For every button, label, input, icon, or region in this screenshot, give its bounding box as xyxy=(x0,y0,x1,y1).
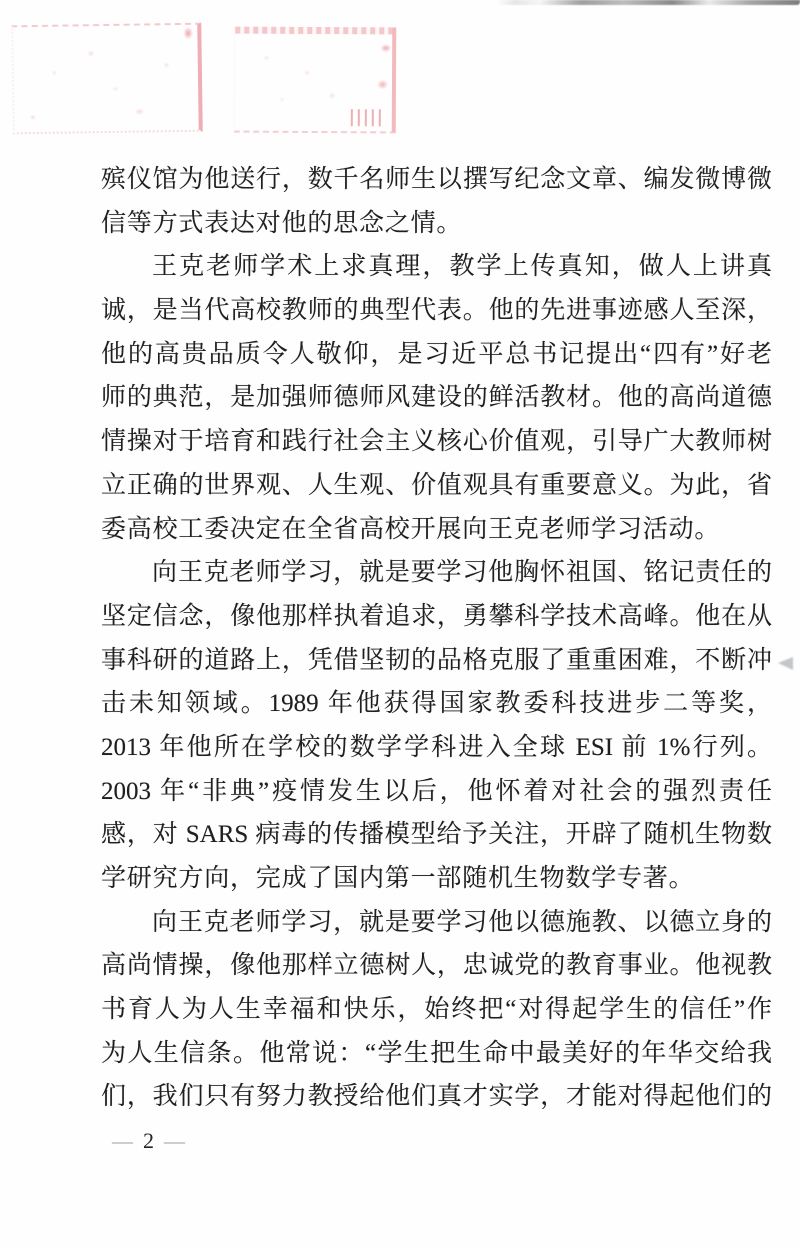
text-line: 们，我们只有努力教授给他们真才实学，才能对得起他们的 xyxy=(101,1075,772,1119)
text-line: 击未知领域。1989 年他获得国家教委科技进步二等奖， xyxy=(101,682,772,726)
faded-red-stamp-left xyxy=(11,23,203,135)
text-line: 学研究方向，完成了国内第一部随机生物数学专著。 xyxy=(101,857,772,901)
text-line: 信等方式表达对他的思念之情。 xyxy=(101,202,772,246)
page-number: — 2 — xyxy=(112,1128,185,1154)
page-number-value: 2 xyxy=(143,1128,154,1154)
text-line: 事科研的道路上，凭借坚韧的品格克服了重重困难，不断冲 xyxy=(101,639,772,683)
text-line: 殡仪馆为他送行，数千名师生以撰写纪念文章、编发微博微 xyxy=(101,158,772,202)
text-line: 2013 年他所在学校的数学学科进入全球 ESI 前 1%行列。 xyxy=(101,726,772,770)
faded-red-stamp-right xyxy=(234,27,397,134)
text-line: 情操对于培育和践行社会主义核心价值观，引导广大教师树 xyxy=(101,420,772,464)
text-line: 高尚情操，像他那样立德树人，忠诚党的教育事业。他视教 xyxy=(101,944,772,988)
page-number-dash-right: — xyxy=(164,1129,185,1154)
text-line: 师的典范，是加强师德师风建设的鲜活教材。他的高尚道德 xyxy=(101,376,772,420)
scan-smudge xyxy=(778,657,793,670)
document-body: 殡仪馆为他送行，数千名师生以撰写纪念文章、编发微博微信等方式表达对他的思念之情。… xyxy=(101,158,772,1119)
stamp-ink-bars xyxy=(351,109,383,126)
text-line: 2003 年“非典”疫情发生以后，他怀着对社会的强烈责任 xyxy=(101,770,772,814)
text-line: 坚定信念，像他那样执着追求，勇攀科学技术高峰。他在从 xyxy=(101,595,772,639)
text-line: 为人生信条。他常说：“学生把生命中最美好的年华交给我 xyxy=(101,1032,772,1076)
text-line: 诚，是当代高校教师的典型代表。他的先进事迹感人至深， xyxy=(101,289,772,333)
text-line: 委高校工委决定在全省高校开展向王克老师学习活动。 xyxy=(101,508,772,552)
text-line: 向王克老师学习，就是要学习他胸怀祖国、铭记责任的 xyxy=(101,551,772,595)
scanned-document-page: 殡仪馆为他送行，数千名师生以撰写纪念文章、编发微博微信等方式表达对他的思念之情。… xyxy=(0,0,800,1249)
text-line: 书育人为人生幸福和快乐，始终把“对得起学生的信任”作 xyxy=(101,988,772,1032)
text-line: 感，对 SARS 病毒的传播模型给予关注，开辟了随机生物数 xyxy=(101,813,772,857)
scan-artifact-top-edge xyxy=(497,0,800,5)
text-line: 他的高贵品质令人敬仰，是习近平总书记提出“四有”好老 xyxy=(101,333,772,377)
text-line: 立正确的世界观、人生观、价值观具有重要意义。为此，省 xyxy=(101,464,772,508)
text-line: 向王克老师学习，就是要学习他以德施教、以德立身的 xyxy=(101,901,772,945)
page-number-dash-left: — xyxy=(112,1129,133,1154)
text-line: 王克老师学术上求真理，教学上传真知，做人上讲真 xyxy=(101,245,772,289)
